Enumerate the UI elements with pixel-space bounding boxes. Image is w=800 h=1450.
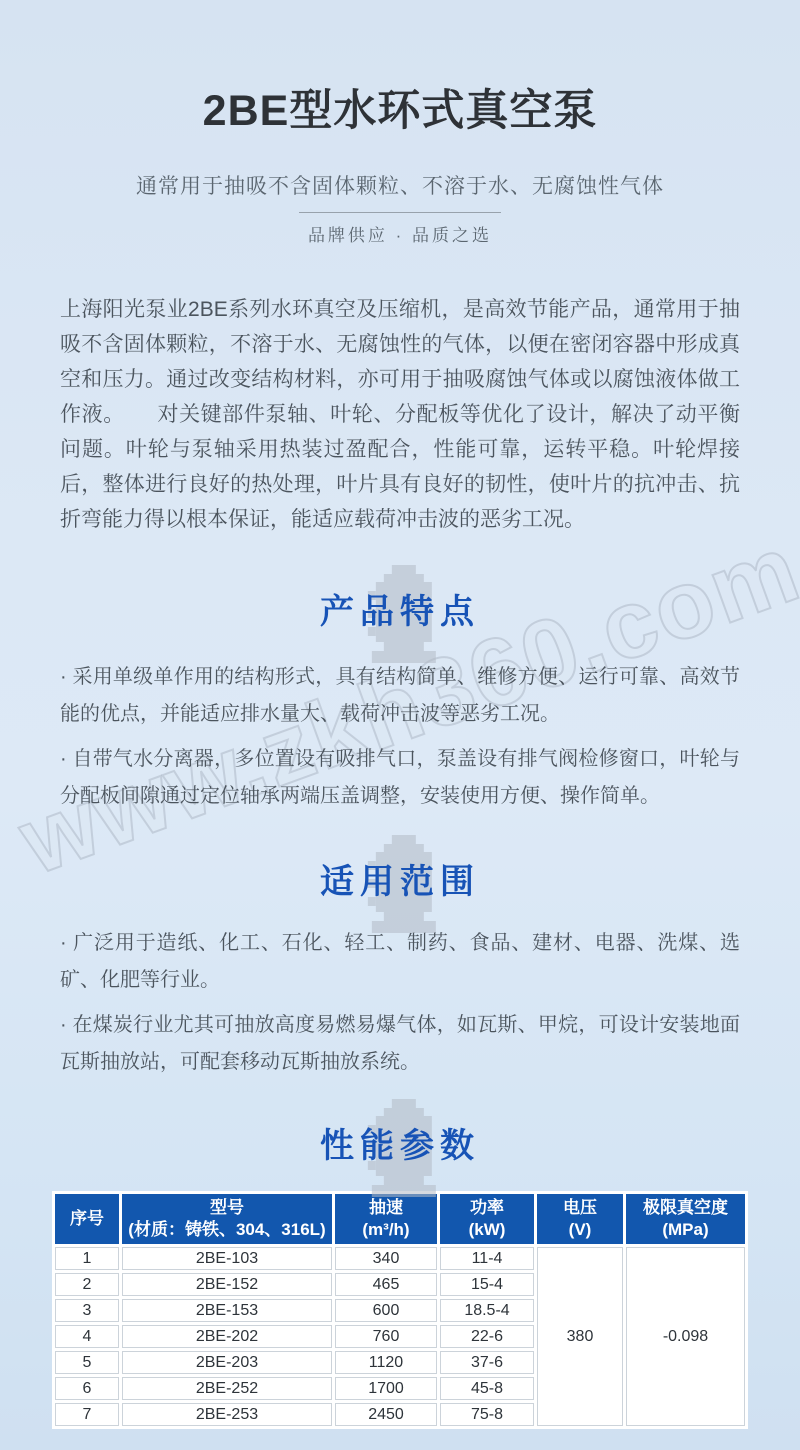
feature-bullet: · 自带气水分离器，多位置设有吸排气口，泵盖设有排气阀检修窗口，叶轮与分配板间隙… xyxy=(60,741,740,815)
applications-heading: 适用范围 xyxy=(0,857,800,907)
cell-model: 2BE-202 xyxy=(122,1325,332,1348)
section-applications: 适用范围 · 广泛用于造纸、化工、石化、轻工、制药、食品、建材、电器、洗煤、选矿… xyxy=(0,857,800,1081)
cell-voltage-merged: 380 xyxy=(537,1247,623,1426)
cell-model: 2BE-152 xyxy=(122,1273,332,1296)
page-title: 2BE型水环式真空泵 xyxy=(0,85,800,137)
cell-speed: 2450 xyxy=(335,1403,437,1426)
application-bullet: · 广泛用于造纸、化工、石化、轻工、制药、食品、建材、电器、洗煤、选矿、化肥等行… xyxy=(60,925,740,999)
cell-power: 37-6 xyxy=(440,1351,534,1374)
section-features: 产品特点 · 采用单级单作用的结构形式，具有结构简单、维修方便、运行可靠、高效节… xyxy=(0,587,800,815)
cell-model: 2BE-103 xyxy=(122,1247,332,1270)
cell-power: 22-6 xyxy=(440,1325,534,1348)
cell-index: 3 xyxy=(55,1299,119,1322)
features-heading: 产品特点 xyxy=(0,587,800,637)
cell-power: 18.5-4 xyxy=(440,1299,534,1322)
table-header-row: 序号 型号 (材质：铸铁、304、316L) 抽速 (m³/h) xyxy=(55,1194,745,1244)
cell-speed: 465 xyxy=(335,1273,437,1296)
performance-table: 序号 型号 (材质：铸铁、304、316L) 抽速 (m³/h) xyxy=(52,1191,748,1429)
section-performance: 性能参数 序号 型号 xyxy=(0,1121,800,1429)
section-heading-block: 适用范围 xyxy=(0,857,800,907)
page-content: 2BE型水环式真空泵 通常用于抽吸不含固体颗粒、不溶于水、无腐蚀性气体 品牌供应… xyxy=(0,85,800,1429)
performance-heading: 性能参数 xyxy=(0,1121,800,1171)
section-heading-block: 产品特点 xyxy=(0,587,800,637)
cell-index: 2 xyxy=(55,1273,119,1296)
cell-speed: 1120 xyxy=(335,1351,437,1374)
col-header-power: 功率 (kW) xyxy=(440,1194,534,1244)
cell-speed: 600 xyxy=(335,1299,437,1322)
cell-speed: 340 xyxy=(335,1247,437,1270)
cell-power: 75-8 xyxy=(440,1403,534,1426)
cell-vacuum-merged: -0.098 xyxy=(626,1247,745,1426)
cell-index: 1 xyxy=(55,1247,119,1270)
col-header-speed: 抽速 (m³/h) xyxy=(335,1194,437,1244)
cell-speed: 760 xyxy=(335,1325,437,1348)
brand-tagline: 品牌供应 · 品质之选 xyxy=(0,224,800,247)
performance-table-wrapper: 序号 型号 (材质：铸铁、304、316L) 抽速 (m³/h) xyxy=(52,1191,748,1429)
intro-paragraph: 上海阳光泵业2BE系列水环真空及压缩机，是高效节能产品，通常用于抽吸不含固体颗粒… xyxy=(60,292,740,537)
cell-model: 2BE-203 xyxy=(122,1351,332,1374)
cell-model: 2BE-253 xyxy=(122,1403,332,1426)
header-divider xyxy=(299,212,501,213)
feature-bullet: · 采用单级单作用的结构形式，具有结构简单、维修方便、运行可靠、高效节能的优点，… xyxy=(60,659,740,733)
cell-model: 2BE-153 xyxy=(122,1299,332,1322)
section-heading-block: 性能参数 xyxy=(0,1121,800,1171)
cell-index: 6 xyxy=(55,1377,119,1400)
application-bullet: · 在煤炭行业尤其可抽放高度易燃易爆气体，如瓦斯、甲烷，可设计安装地面瓦斯抽放站… xyxy=(60,1007,740,1081)
col-header-index: 序号 xyxy=(55,1194,119,1244)
cell-speed: 1700 xyxy=(335,1377,437,1400)
cell-power: 45-8 xyxy=(440,1377,534,1400)
cell-power: 11-4 xyxy=(440,1247,534,1270)
page-subtitle: 通常用于抽吸不含固体颗粒、不溶于水、无腐蚀性气体 xyxy=(0,174,800,199)
cell-index: 5 xyxy=(55,1351,119,1374)
table-row: 1 2BE-103 340 11-4 380 -0.098 xyxy=(55,1247,745,1270)
col-header-vacuum: 极限真空度 (MPa) xyxy=(626,1194,745,1244)
applications-bullets: · 广泛用于造纸、化工、石化、轻工、制药、食品、建材、电器、洗煤、选矿、化肥等行… xyxy=(60,925,740,1081)
features-bullets: · 采用单级单作用的结构形式，具有结构简单、维修方便、运行可靠、高效节能的优点，… xyxy=(60,659,740,815)
cell-model: 2BE-252 xyxy=(122,1377,332,1400)
cell-index: 7 xyxy=(55,1403,119,1426)
col-header-model: 型号 (材质：铸铁、304、316L) xyxy=(122,1194,332,1244)
product-detail-page: www.zkh360.com 2BE型水环式真空泵 通常用于抽吸不含固体颗粒、不… xyxy=(0,0,800,1450)
cell-power: 15-4 xyxy=(440,1273,534,1296)
col-header-voltage: 电压 (V) xyxy=(537,1194,623,1244)
cell-index: 4 xyxy=(55,1325,119,1348)
